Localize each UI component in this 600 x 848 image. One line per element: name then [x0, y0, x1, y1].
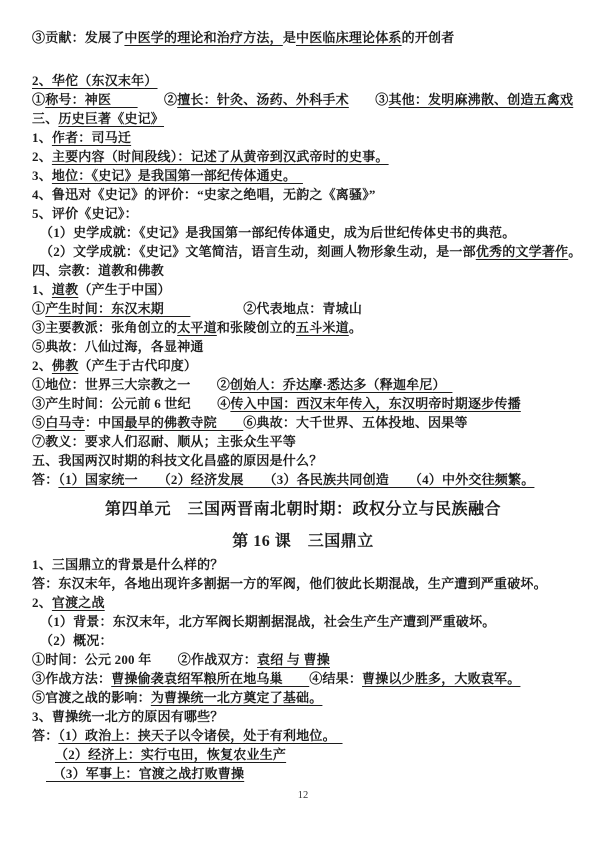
underlined-text: 创始人：乔达摩·悉达多（释迦牟尼） [230, 377, 452, 392]
underlined-text: （2）经济上：实行屯田，恢复农业生产 [55, 747, 286, 762]
text-line: ③作战方法：曹操偷袭袁绍军粮所在地乌巢 ④结果：曹操以少胜多，大败袁军。 [32, 669, 574, 688]
underlined-text: （1）政治上：挟天子以令诸侯，处于有利地位。 [58, 728, 342, 743]
text-segment: （产生于古代印度） [78, 358, 197, 373]
text-segment: ③ [375, 92, 388, 107]
text-line: ③主要教派：张角创立的太平道和张陵创立的五斗米道。 [32, 318, 574, 337]
text-line: ③产生时间：公元前 6 世纪 ④传入中国：西汉末年传入，东汉明帝时期逐步传播 [32, 394, 574, 413]
text-segment: ③作战方法： [32, 671, 111, 686]
section-heading: 第四单元 三国两晋南北朝时期：政权分立与民族融合 [32, 497, 574, 523]
text-segment: （2）概况： [40, 633, 113, 648]
text-line: 四、宗教：道教和佛教 [32, 261, 574, 280]
underlined-text: 中医学的理论和治疗方法， [124, 30, 282, 45]
text-line: 2、官渡之战 [32, 593, 574, 612]
underlined-text: 作者：司马迁 [52, 130, 131, 145]
document-page: ③贡献：发展了中医学的理论和治疗方法，是中医临床理论体系的开创者2、华佗（东汉末… [0, 0, 600, 848]
text-line: 1、三国鼎立的背景是什么样的？ [32, 555, 574, 574]
text-segment: 答： [32, 728, 58, 743]
text-segment: ⑤官渡之战的影响： [32, 690, 151, 705]
text-segment [138, 92, 164, 107]
text-line: （2）概况： [32, 631, 574, 650]
text-line: ①称号：神医 ②擅长：针灸、汤药、外科手术 ③其他：发明麻沸散、创造五禽戏 [32, 90, 574, 109]
text-segment: 3、曹操统一北方的原因有哪些？ [32, 709, 224, 724]
text-line: 五、我国两汉时期的科技文化昌盛的原因是什么？ [32, 451, 574, 470]
underlined-text: 最早的佛教寺院 [124, 415, 243, 430]
text-line: 三、历史巨著《史记》 [32, 109, 574, 128]
text-line: （3）军事上：官渡之战打败曹操 [32, 764, 574, 783]
text-segment: 1、 [32, 130, 52, 145]
text-segment: 2、 [32, 595, 52, 610]
text-line: 答：（1）政治上：挟天子以令诸侯，处于有利地位。 [32, 726, 574, 745]
underlined-text: 传入中国：西汉末年传入，东汉明帝时期逐步传播 [230, 396, 520, 411]
text-segment: 1、三国鼎立的背景是什么样的？ [32, 557, 224, 572]
underlined-text: 主要内容（时间段线）：记述了从黄帝到汉武帝时的史事。 [52, 149, 389, 164]
text-segment: ① [32, 301, 45, 316]
page-number: 12 [32, 789, 574, 803]
text-line: 1、道教（产生于中国） [32, 280, 574, 299]
text-segment: ①地位：世界三大宗教之一 [32, 377, 217, 392]
text-line: （1）背景：东汉末年，北方军阀长期割据混战，社会生产生产遭到严重破坏。 [32, 612, 574, 631]
underlined-text: 地位：《史记》是我国第一部纪传体通史。 [52, 168, 303, 183]
underlined-text: 袁绍 与 曹操 [257, 652, 330, 667]
underlined-text: 曹操以少胜多，大败袁军。 [362, 671, 520, 686]
text-segment: ③贡献：发展了 [32, 30, 124, 45]
text-line: 2、华佗（东汉末年） [32, 71, 574, 90]
text-line: 4、鲁迅对《史记》的评价：“史家之绝唱，无韵之《离骚》” [32, 185, 574, 204]
text-segment: ② [217, 377, 230, 392]
text-segment: ④ [217, 396, 230, 411]
text-segment: ⑥典故：大千世界、五体投地、因果等 [243, 415, 467, 430]
text-line: （1）史学成就：《史记》是我国第一部纪传体通史，成为后世纪传体史书的典范。 [32, 223, 574, 242]
text-segment: 4、鲁迅对《史记》的评价：“史家之绝唱，无韵之《离骚》” [32, 187, 376, 202]
text-segment: 四、宗教：道教和佛教 [32, 263, 164, 278]
text-line: ⑦教义：要求人们忍耐、顺从；主张众生平等 [32, 432, 574, 451]
text-segment: ② [164, 92, 177, 107]
underlined-text: 道教 [52, 282, 78, 297]
underlined-text: 五斗米道 [296, 320, 349, 335]
text-line: 5、评价《史记》： [32, 204, 574, 223]
underlined-text: 曹操偷袭袁绍军粮所在地乌巢 [111, 671, 309, 686]
text-segment: 2、 [32, 149, 52, 164]
text-line: 2、佛教（产生于古代印度） [32, 356, 574, 375]
text-line: 3、曹操统一北方的原因有哪些？ [32, 707, 574, 726]
text-segment [349, 92, 375, 107]
text-line: ③贡献：发展了中医学的理论和治疗方法，是中医临床理论体系的开创者 [32, 28, 574, 47]
text-segment: ⑤ [32, 415, 45, 430]
underlined-text: 官渡之战 [52, 595, 105, 610]
text-line: ①产生时间：东汉末期 ②代表地点：青城山 [32, 299, 574, 318]
document-body: ③贡献：发展了中医学的理论和治疗方法，是中医临床理论体系的开创者2、华佗（东汉末… [32, 28, 574, 783]
text-segment: 答：东汉末年，各地出现许多割据一方的军阀，他们彼此长期混战，生产遭到严重破坏。 [32, 576, 547, 591]
text-segment: ①时间：公元 200 年 ②作战双方： [32, 652, 257, 667]
text-line: 1、作者：司马迁 [32, 128, 574, 147]
text-segment: 是 [283, 30, 296, 45]
text-segment: ⑦教义：要求人们忍耐、顺从；主张众生平等 [32, 434, 296, 449]
text-segment: （产生于中国） [78, 282, 170, 297]
text-line: ①地位：世界三大宗教之一 ②创始人：乔达摩·悉达多（释迦牟尼） [32, 375, 574, 394]
text-segment: （1）史学成就：《史记》是我国第一部纪传体通史，成为后世纪传体史书的典范。 [40, 225, 515, 240]
text-line: ⑤官渡之战的影响：为曹操统一北方奠定了基础。 [32, 688, 574, 707]
text-segment: （1）背景：东汉末年，北方军阀长期割据混战，社会生产生产遭到严重破坏。 [40, 614, 496, 629]
text-segment [190, 301, 243, 316]
text-line: 3、地位：《史记》是我国第一部纪传体通史。 [32, 166, 574, 185]
text-line: ⑤白马寺：中国最早的佛教寺院 ⑥典故：大千世界、五体投地、因果等 [32, 413, 574, 432]
text-segment: 。 [568, 244, 581, 259]
text-segment: 答： [32, 472, 58, 487]
underlined-text: （3）军事上：官渡之战打败曹操 [46, 766, 244, 781]
text-segment: 五、我国两汉时期的科技文化昌盛的原因是什么？ [32, 453, 322, 468]
underlined-text: 擅长：针灸、汤药、外科手术 [177, 92, 349, 107]
text-segment: 三、 [32, 111, 58, 126]
text-line: 答：（1）国家统一 （2）经济发展 （3）各民族共同创造 （4）中外交往频繁。 [32, 470, 574, 489]
text-line: ⑤典故：八仙过海，各显神通 [32, 337, 574, 356]
underlined-text: 白马寺 [45, 415, 85, 430]
text-segment: 和张陵创立的 [217, 320, 296, 335]
underlined-text: 称号：神医 [45, 92, 137, 107]
text-line: 答：东汉末年，各地出现许多割据一方的军阀，他们彼此长期混战，生产遭到严重破坏。 [32, 574, 574, 593]
underlined-text: 佛教 [52, 358, 78, 373]
underlined-text: 中医临床理论体系 [296, 30, 402, 45]
text-segment: ③产生时间：公元前 6 世纪 [32, 396, 217, 411]
text-line: ①时间：公元 200 年 ②作战双方：袁绍 与 曹操 [32, 650, 574, 669]
text-line: （2）文学成就：《史记》文笔简洁，语言生动，刻画人物形象生动，是一部优秀的文学著… [32, 242, 574, 261]
text-segment: （2）文学成就：《史记》文笔简洁，语言生动，刻画人物形象生动，是一部 [40, 244, 476, 259]
underlined-text: 产生时间：东汉末期 [45, 301, 190, 316]
text-segment: ③主要教派：张角创立的 [32, 320, 177, 335]
text-segment: 第四单元 三国两晋南北朝时期：政权分立与民族融合 [105, 501, 501, 518]
underlined-text: 2、华佗（东汉末年） [32, 73, 158, 88]
text-segment: 5、评价《史记》： [32, 206, 138, 221]
text-segment: ：中国 [85, 415, 125, 430]
underlined-text: 历史巨著《史记》 [58, 111, 164, 126]
underlined-text: 其他：发明麻沸散、创造五禽戏 [388, 92, 573, 107]
text-segment: ① [32, 92, 45, 107]
text-segment: ②代表地点：青城山 [243, 301, 362, 316]
text-segment: 1、 [32, 282, 52, 297]
text-segment: 。 [349, 320, 362, 335]
text-line: （2）经济上：实行屯田，恢复农业生产 [32, 745, 574, 764]
text-segment: 2、 [32, 358, 52, 373]
text-segment: 3、 [32, 168, 52, 183]
underlined-text: 优秀的文学著作 [476, 244, 568, 259]
text-segment: ④结果： [309, 671, 362, 686]
underlined-text: 为曹操统一北方奠定了基础。 [151, 690, 323, 705]
text-line: 2、主要内容（时间段线）：记述了从黄帝到汉武帝时的史事。 [32, 147, 574, 166]
underlined-text: （1）国家统一 （2）经济发展 （3）各民族共同创造 （4）中外交往频繁。 [58, 472, 534, 487]
section-heading: 第 16 课 三国鼎立 [32, 529, 574, 555]
text-segment: 的开创者 [402, 30, 455, 45]
text-segment: 第 16 课 三国鼎立 [232, 533, 374, 550]
underlined-text: 太平道 [177, 320, 217, 335]
text-segment: ⑤典故：八仙过海，各显神通 [32, 339, 204, 354]
